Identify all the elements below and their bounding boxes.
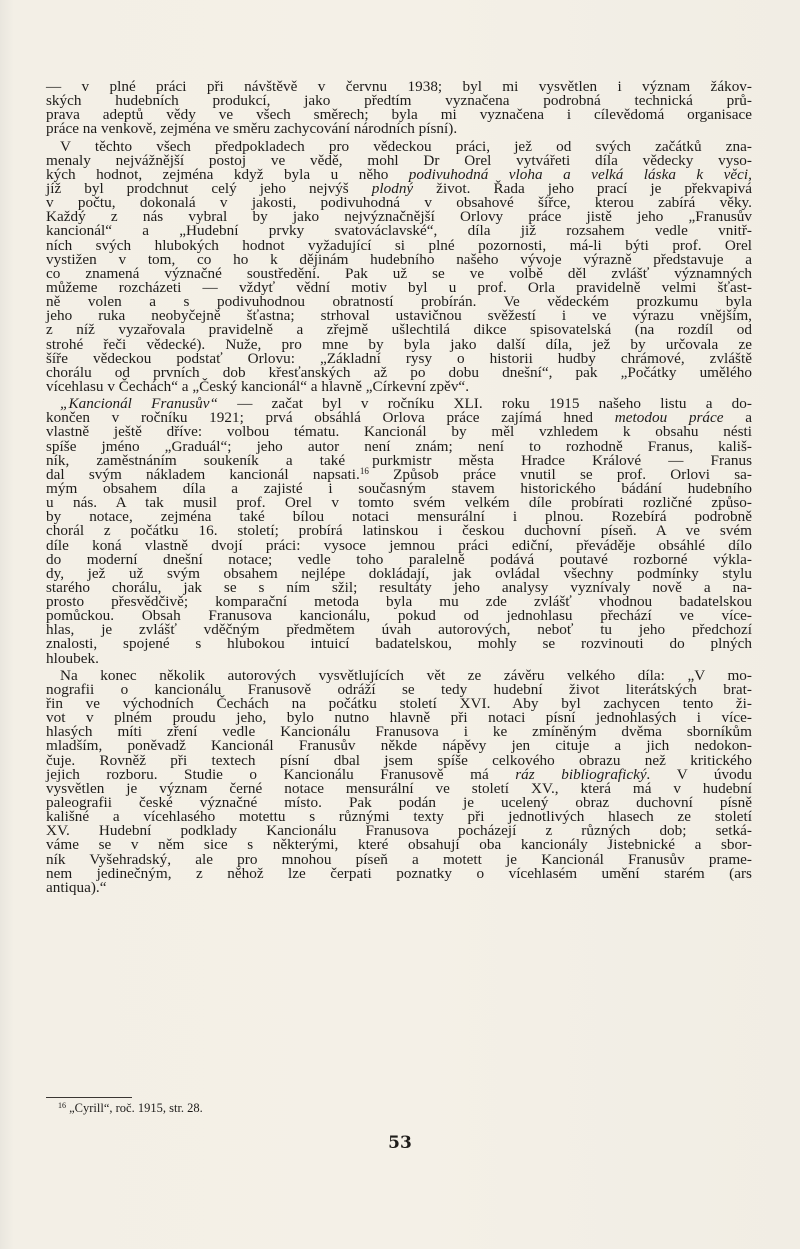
paragraph: „Kancionál Franusův“ — začat byl v roční…: [46, 397, 752, 666]
footnote-text: „Cyrill“, roč. 1915, str. 28.: [66, 1101, 203, 1115]
paragraph: — v plné práci při návštěvě v červnu 193…: [46, 80, 752, 137]
footnote-number: 16: [58, 1101, 66, 1110]
page-number: 53: [0, 1133, 800, 1153]
scanned-page: — v plné práci při návštěvě v červnu 193…: [0, 0, 800, 1249]
text-line: hloubek.: [46, 652, 752, 666]
paragraph: V těchto všech předpokladech pro vědecko…: [46, 140, 752, 395]
footnote-rule: [46, 1097, 132, 1098]
footnote: 16 „Cyrill“, roč. 1915, str. 28.: [58, 1100, 203, 1116]
text-line: nem jedinečným, z něhož lze čerpati pozn…: [46, 867, 752, 881]
body-text-column: — v plné práci při návštěvě v červnu 193…: [46, 80, 752, 895]
paragraph: Na konec několik autorových vysvětlující…: [46, 669, 752, 895]
text-line: antiqua).“: [46, 881, 752, 895]
footnote-reference: 16: [360, 466, 369, 476]
text-line: práce na venkově, zejména ve směru zachy…: [46, 122, 752, 136]
text-line: znalosti, spojené s hlubokou intuicí bad…: [46, 637, 752, 651]
text-line: vícehlasu v Čechách“ a „Český kancionál“…: [46, 380, 752, 394]
